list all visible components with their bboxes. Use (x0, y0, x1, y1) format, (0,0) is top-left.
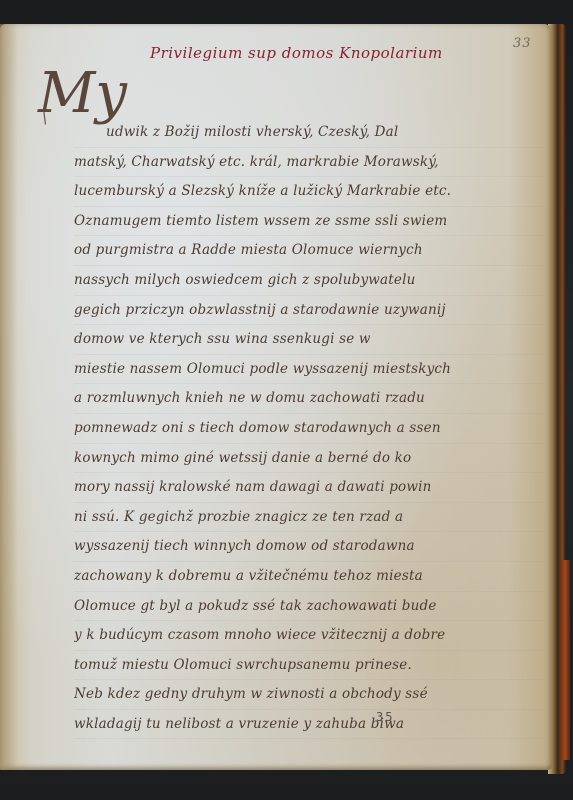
text-line: gegich prziczyn obzwlasstnij a starodawn… (74, 296, 544, 326)
text-line: tomuž miestu Olomuci swrchupsanemu prine… (74, 651, 544, 681)
text-line: matský, Charwatský etc. král, markrabie … (74, 148, 544, 178)
text-line: pomnewadz oni s tiech domow starodawnych… (74, 414, 544, 444)
text-line: nassych milych oswiedcem gich z spolubyw… (74, 266, 544, 296)
binding-leather-edge (560, 560, 570, 760)
margin-mark: \ (42, 108, 47, 127)
text-line: ni ssú. K gegichž prozbie znagicz ze ten… (74, 503, 544, 533)
text-line: Olomuce gt byl a pokudz ssé tak zachowaw… (74, 592, 544, 622)
folio-number: 33 (513, 36, 532, 51)
text-line: wkladagij tu nelibost a vruzenie y zahub… (74, 710, 544, 740)
text-line: lucemburský a Slezský kníže a lužický Ma… (74, 177, 544, 207)
rubric-heading: Privilegium sup domos Knopolarium (150, 44, 443, 62)
text-line: zachowany k dobremu a vžitečnému tehoz m… (74, 562, 544, 592)
text-line: Neb kdez gedny druhym w ziwnosti a obcho… (74, 680, 544, 710)
text-line: Oznamugem tiemto listem wssem ze ssme ss… (74, 207, 544, 237)
text-line: a rozmluwnych knieh ne w domu zachowati … (74, 384, 544, 414)
text-line: y k budúcym czasom mnoho wiece vžiteczni… (74, 621, 544, 651)
text-line: domow ve kterych ssu wina ssenkugi se w (74, 325, 544, 355)
text-line: miestie nassem Olomuci podle wyssazenij … (74, 355, 544, 385)
manuscript-body: udwik z Božij milosti vherský, Czeský, D… (74, 118, 544, 739)
text-line: mory nassij kralowské nam dawagi a dawat… (74, 473, 544, 503)
text-line: udwik z Božij milosti vherský, Czeský, D… (74, 118, 544, 148)
text-line: od purgmistra a Radde miesta Olomuce wie… (74, 236, 544, 266)
text-line: wyssazenij tiech winnych domow od starod… (74, 532, 544, 562)
text-line: kownych mimo giné wetssij danie a berné … (74, 444, 544, 474)
stamped-page-number: 35 (376, 710, 394, 724)
decorated-initial: My (38, 66, 127, 122)
page-gutter (0, 24, 18, 770)
